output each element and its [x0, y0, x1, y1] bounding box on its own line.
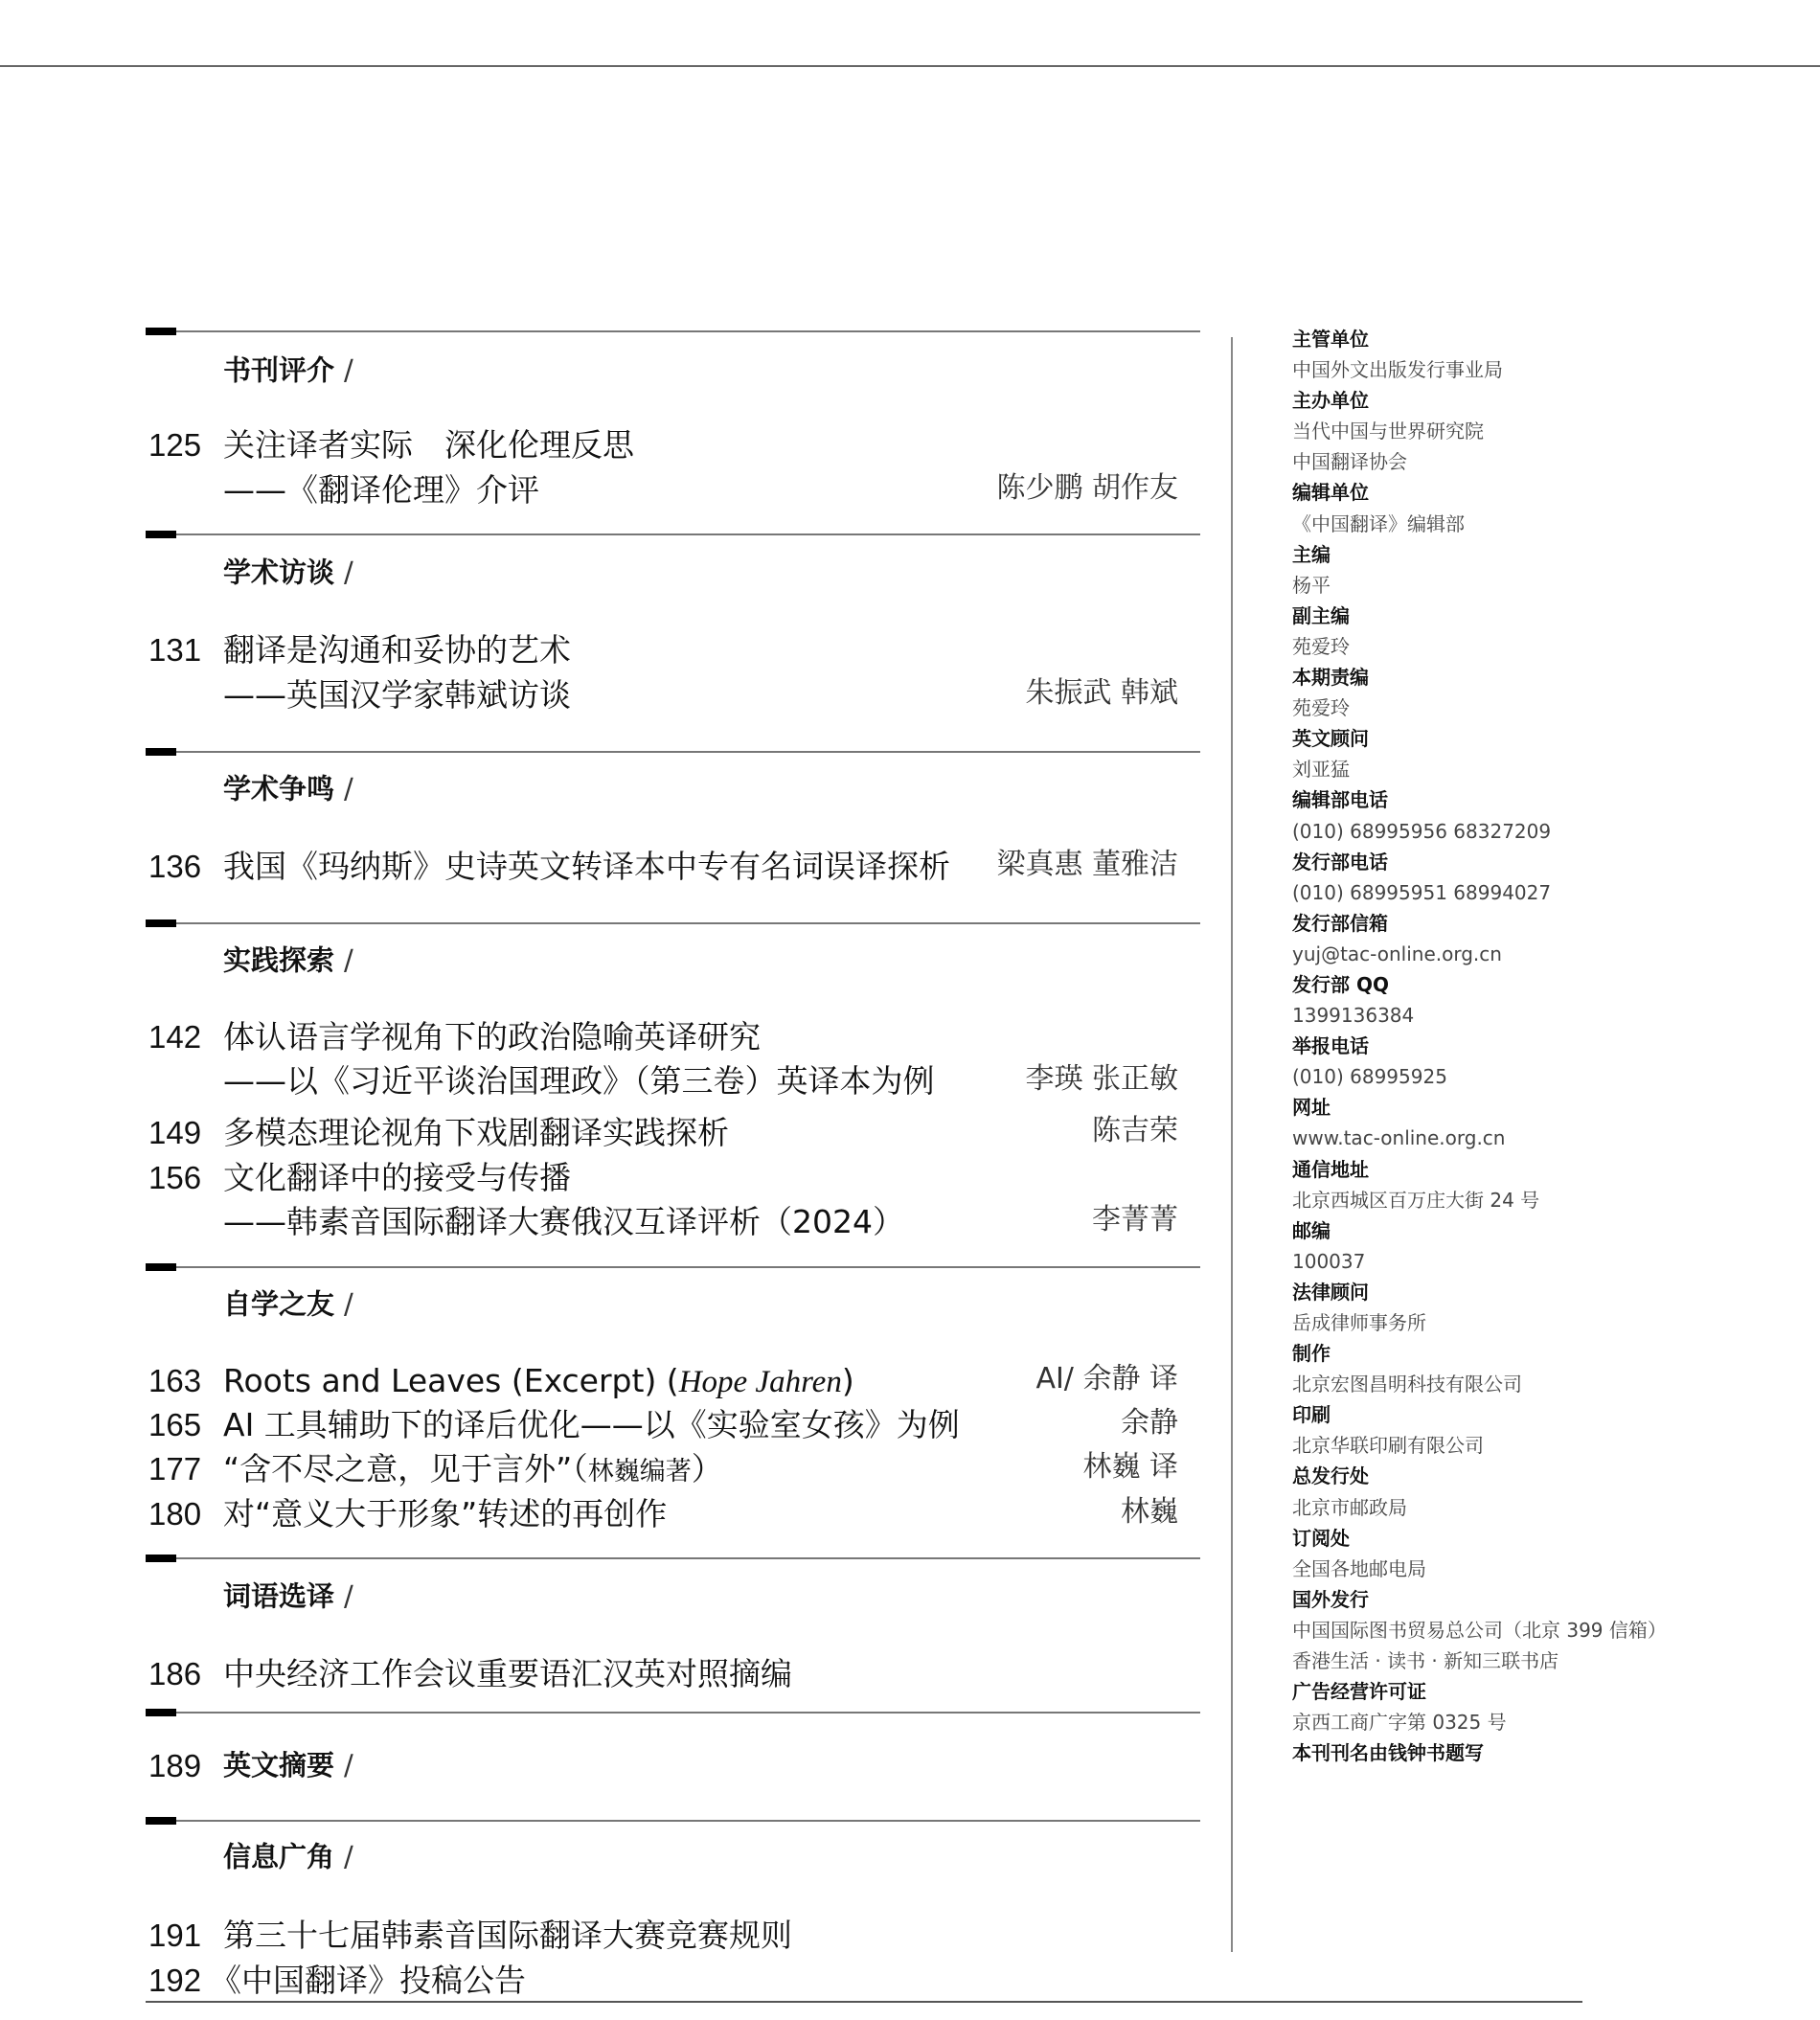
masthead-label: 邮编	[1292, 1215, 1809, 1246]
page-number: 165	[148, 1409, 201, 1441]
entry-title-text: Roots and Leaves (Excerpt) (	[223, 1362, 679, 1399]
entry-title: 多模态理论视角下戏剧翻译实践探析	[223, 1117, 729, 1148]
masthead-value: 刘亚猛	[1292, 754, 1809, 784]
masthead-value: 中国外文出版发行事业局	[1292, 354, 1809, 385]
section-rule	[146, 1820, 1200, 1822]
masthead-value: 中国国际图书贸易总公司（北京 399 信箱）	[1292, 1615, 1809, 1646]
entry-title-author-serif: 林巍编著	[588, 1457, 692, 1487]
section-heading-text: 信息广角	[223, 1841, 334, 1873]
entry-title-author-italic: Hope Jahren	[679, 1365, 842, 1399]
masthead-label: 发行部信箱	[1292, 908, 1809, 939]
masthead-label: 编辑单位	[1292, 477, 1809, 508]
masthead-phone: (010) 68995951 68994027	[1292, 877, 1809, 908]
page-number: 192	[148, 1964, 201, 1996]
section-rule	[146, 1557, 1200, 1559]
section-marker	[146, 748, 176, 756]
entry-title-text: “含不尽之意，见于言外”（	[223, 1450, 588, 1487]
masthead-label: 发行部 QQ	[1292, 969, 1809, 1000]
masthead-email[interactable]: yuj@tac-online.org.cn	[1292, 939, 1809, 969]
section-rule	[146, 533, 1200, 535]
entry-title: Roots and Leaves (Excerpt) (Hope Jahren)	[223, 1365, 854, 1398]
section-heading: 学术争鸣/	[223, 776, 353, 804]
page-number: 131	[148, 634, 201, 666]
masthead-label: 国外发行	[1292, 1584, 1809, 1615]
slash: /	[344, 1288, 353, 1321]
entry-title: 对“意义大于形象”转述的再创作	[223, 1498, 667, 1530]
masthead-label: 副主编	[1292, 601, 1809, 631]
masthead: 主管单位 中国外文出版发行事业局 主办单位 当代中国与世界研究院 中国翻译协会 …	[1292, 324, 1809, 1768]
section-marker	[146, 1263, 176, 1271]
masthead-label: 印刷	[1292, 1399, 1809, 1430]
section-marker	[146, 531, 176, 538]
entry-author: 林巍	[1121, 1498, 1178, 1527]
page-number: 156	[148, 1162, 201, 1193]
masthead-value: 北京宏图昌明科技有限公司	[1292, 1369, 1809, 1399]
page-number: 191	[148, 1919, 201, 1951]
slash: /	[344, 556, 353, 589]
section-rule	[146, 922, 1200, 924]
masthead-value: 京西工商广字第 0325 号	[1292, 1707, 1809, 1737]
entry-title: 文化翻译中的接受与传播	[223, 1162, 571, 1193]
section-rule	[146, 1266, 1200, 1268]
slash: /	[344, 1580, 353, 1613]
entry-title-end: )	[842, 1362, 854, 1399]
entry-author: 李瑛 张正敏	[1025, 1065, 1178, 1094]
section-heading-text: 学术访谈	[223, 556, 334, 589]
masthead-value: 北京华联印刷有限公司	[1292, 1430, 1809, 1461]
entry-author: 陈吉荣	[1092, 1117, 1178, 1146]
bottom-rule	[146, 2001, 1582, 2003]
masthead-label: 编辑部电话	[1292, 784, 1809, 815]
section-heading: 信息广角/	[223, 1844, 353, 1872]
slash: /	[344, 1749, 353, 1782]
section-marker	[146, 1709, 176, 1716]
masthead-value: 100037	[1292, 1246, 1809, 1277]
section-marker	[146, 1817, 176, 1825]
masthead-label: 英文顾问	[1292, 723, 1809, 754]
entry-title: 体认语言学视角下的政治隐喻英译研究	[223, 1021, 761, 1053]
slash: /	[344, 1841, 353, 1873]
masthead-label: 网址	[1292, 1092, 1809, 1123]
page-number: 180	[148, 1498, 201, 1530]
entry-title: AI 工具辅助下的译后优化——以《实验室女孩》为例	[223, 1409, 960, 1441]
entry-title: 第三十七届韩素音国际翻译大赛竞赛规则	[223, 1919, 792, 1951]
entry-subtitle: ——韩素音国际翻译大赛俄汉互译评析（2024）	[223, 1206, 904, 1237]
section-heading-text: 实践探索	[223, 944, 334, 977]
masthead-value: 杨平	[1292, 570, 1809, 601]
page-number: 186	[148, 1658, 201, 1690]
section-heading-text: 书刊评介	[223, 354, 334, 387]
masthead-label: 发行部电话	[1292, 847, 1809, 877]
slash: /	[344, 773, 353, 806]
masthead-value: 全国各地邮电局	[1292, 1554, 1809, 1584]
column-divider	[1231, 337, 1233, 1952]
entry-subtitle: ——英国汉学家韩斌访谈	[223, 679, 571, 711]
slash: /	[344, 944, 353, 977]
entry-subtitle: ——以《习近平谈治国理政》（第三卷）英译本为例	[223, 1065, 935, 1097]
page-number: 142	[148, 1021, 201, 1053]
masthead-label: 总发行处	[1292, 1461, 1809, 1491]
section-heading-text: 词语选译	[223, 1580, 334, 1613]
entry-title-end: ）	[692, 1450, 723, 1487]
entry-title: 《中国翻译》投稿公告	[210, 1964, 526, 1996]
entry-author: 林巍 译	[1082, 1453, 1178, 1482]
masthead-website-link[interactable]: www.tac-online.org.cn	[1292, 1123, 1809, 1153]
page-number: 136	[148, 851, 201, 882]
section-heading: 自学之友/	[223, 1291, 353, 1319]
masthead-label: 订阅处	[1292, 1523, 1809, 1554]
section-heading: 书刊评介/	[223, 357, 353, 385]
section-heading-text: 学术争鸣	[223, 773, 334, 806]
section-rule	[146, 751, 1200, 753]
masthead-label: 广告经营许可证	[1292, 1676, 1809, 1707]
section-heading: 英文摘要/	[223, 1752, 353, 1780]
masthead-label: 制作	[1292, 1338, 1809, 1369]
masthead-label: 主管单位	[1292, 324, 1809, 354]
masthead-label: 主编	[1292, 539, 1809, 570]
entry-title: 我国《玛纳斯》史诗英文转译本中专有名词误译探析	[223, 851, 950, 882]
section-marker	[146, 328, 176, 335]
section-heading: 实践探索/	[223, 947, 353, 975]
section-rule	[146, 330, 1200, 332]
masthead-value: 岳成律师事务所	[1292, 1307, 1809, 1338]
masthead-label: 本刊刊名由钱钟书题写	[1292, 1737, 1809, 1768]
entry-author: 朱振武 韩斌	[1025, 679, 1178, 708]
masthead-value: 中国翻译协会	[1292, 446, 1809, 477]
section-marker	[146, 919, 176, 927]
masthead-value: 苑爱玲	[1292, 692, 1809, 723]
entry-subtitle: ——《翻译伦理》介评	[223, 474, 539, 506]
section-heading: 词语选译/	[223, 1583, 353, 1611]
masthead-label: 通信地址	[1292, 1154, 1809, 1185]
section-marker	[146, 1555, 176, 1562]
entry-author: AI/ 余静 译	[1035, 1365, 1178, 1394]
masthead-label: 举报电话	[1292, 1031, 1809, 1061]
entry-author: 陈少鹏 胡作友	[996, 474, 1178, 503]
masthead-value: 北京西城区百万庄大街 24 号	[1292, 1185, 1809, 1215]
masthead-value: 当代中国与世界研究院	[1292, 416, 1809, 446]
page-number: 125	[148, 429, 201, 461]
masthead-value: 《中国翻译》编辑部	[1292, 509, 1809, 539]
page-number: 163	[148, 1365, 201, 1396]
page-number: 149	[148, 1117, 201, 1148]
section-heading: 学术访谈/	[223, 559, 353, 587]
top-rule	[0, 65, 1820, 67]
entry-author: 余静	[1121, 1409, 1178, 1438]
entry-author: 梁真惠 董雅洁	[996, 851, 1178, 879]
slash: /	[344, 354, 353, 387]
section-heading-text: 自学之友	[223, 1288, 334, 1321]
entry-title: 翻译是沟通和妥协的艺术	[223, 634, 571, 666]
masthead-value: 1399136384	[1292, 1000, 1809, 1031]
masthead-label: 法律顾问	[1292, 1277, 1809, 1307]
page-number: 189	[148, 1750, 201, 1782]
masthead-value: 苑爱玲	[1292, 631, 1809, 662]
masthead-label: 主办单位	[1292, 385, 1809, 416]
masthead-label: 本期责编	[1292, 662, 1809, 692]
entry-author: 李菁菁	[1092, 1206, 1178, 1235]
masthead-phone: (010) 68995956 68327209	[1292, 816, 1809, 847]
masthead-phone: (010) 68995925	[1292, 1061, 1809, 1092]
section-heading-text: 英文摘要	[223, 1749, 334, 1782]
section-rule	[146, 1712, 1200, 1714]
page-number: 177	[148, 1453, 201, 1485]
masthead-value: 北京市邮政局	[1292, 1492, 1809, 1523]
entry-title: “含不尽之意，见于言外”（林巍编著）	[223, 1453, 723, 1485]
masthead-value: 香港生活 · 读书 · 新知三联书店	[1292, 1646, 1809, 1676]
entry-title: 关注译者实际 深化伦理反思	[223, 429, 634, 461]
entry-title: 中央经济工作会议重要语汇汉英对照摘编	[223, 1658, 792, 1690]
